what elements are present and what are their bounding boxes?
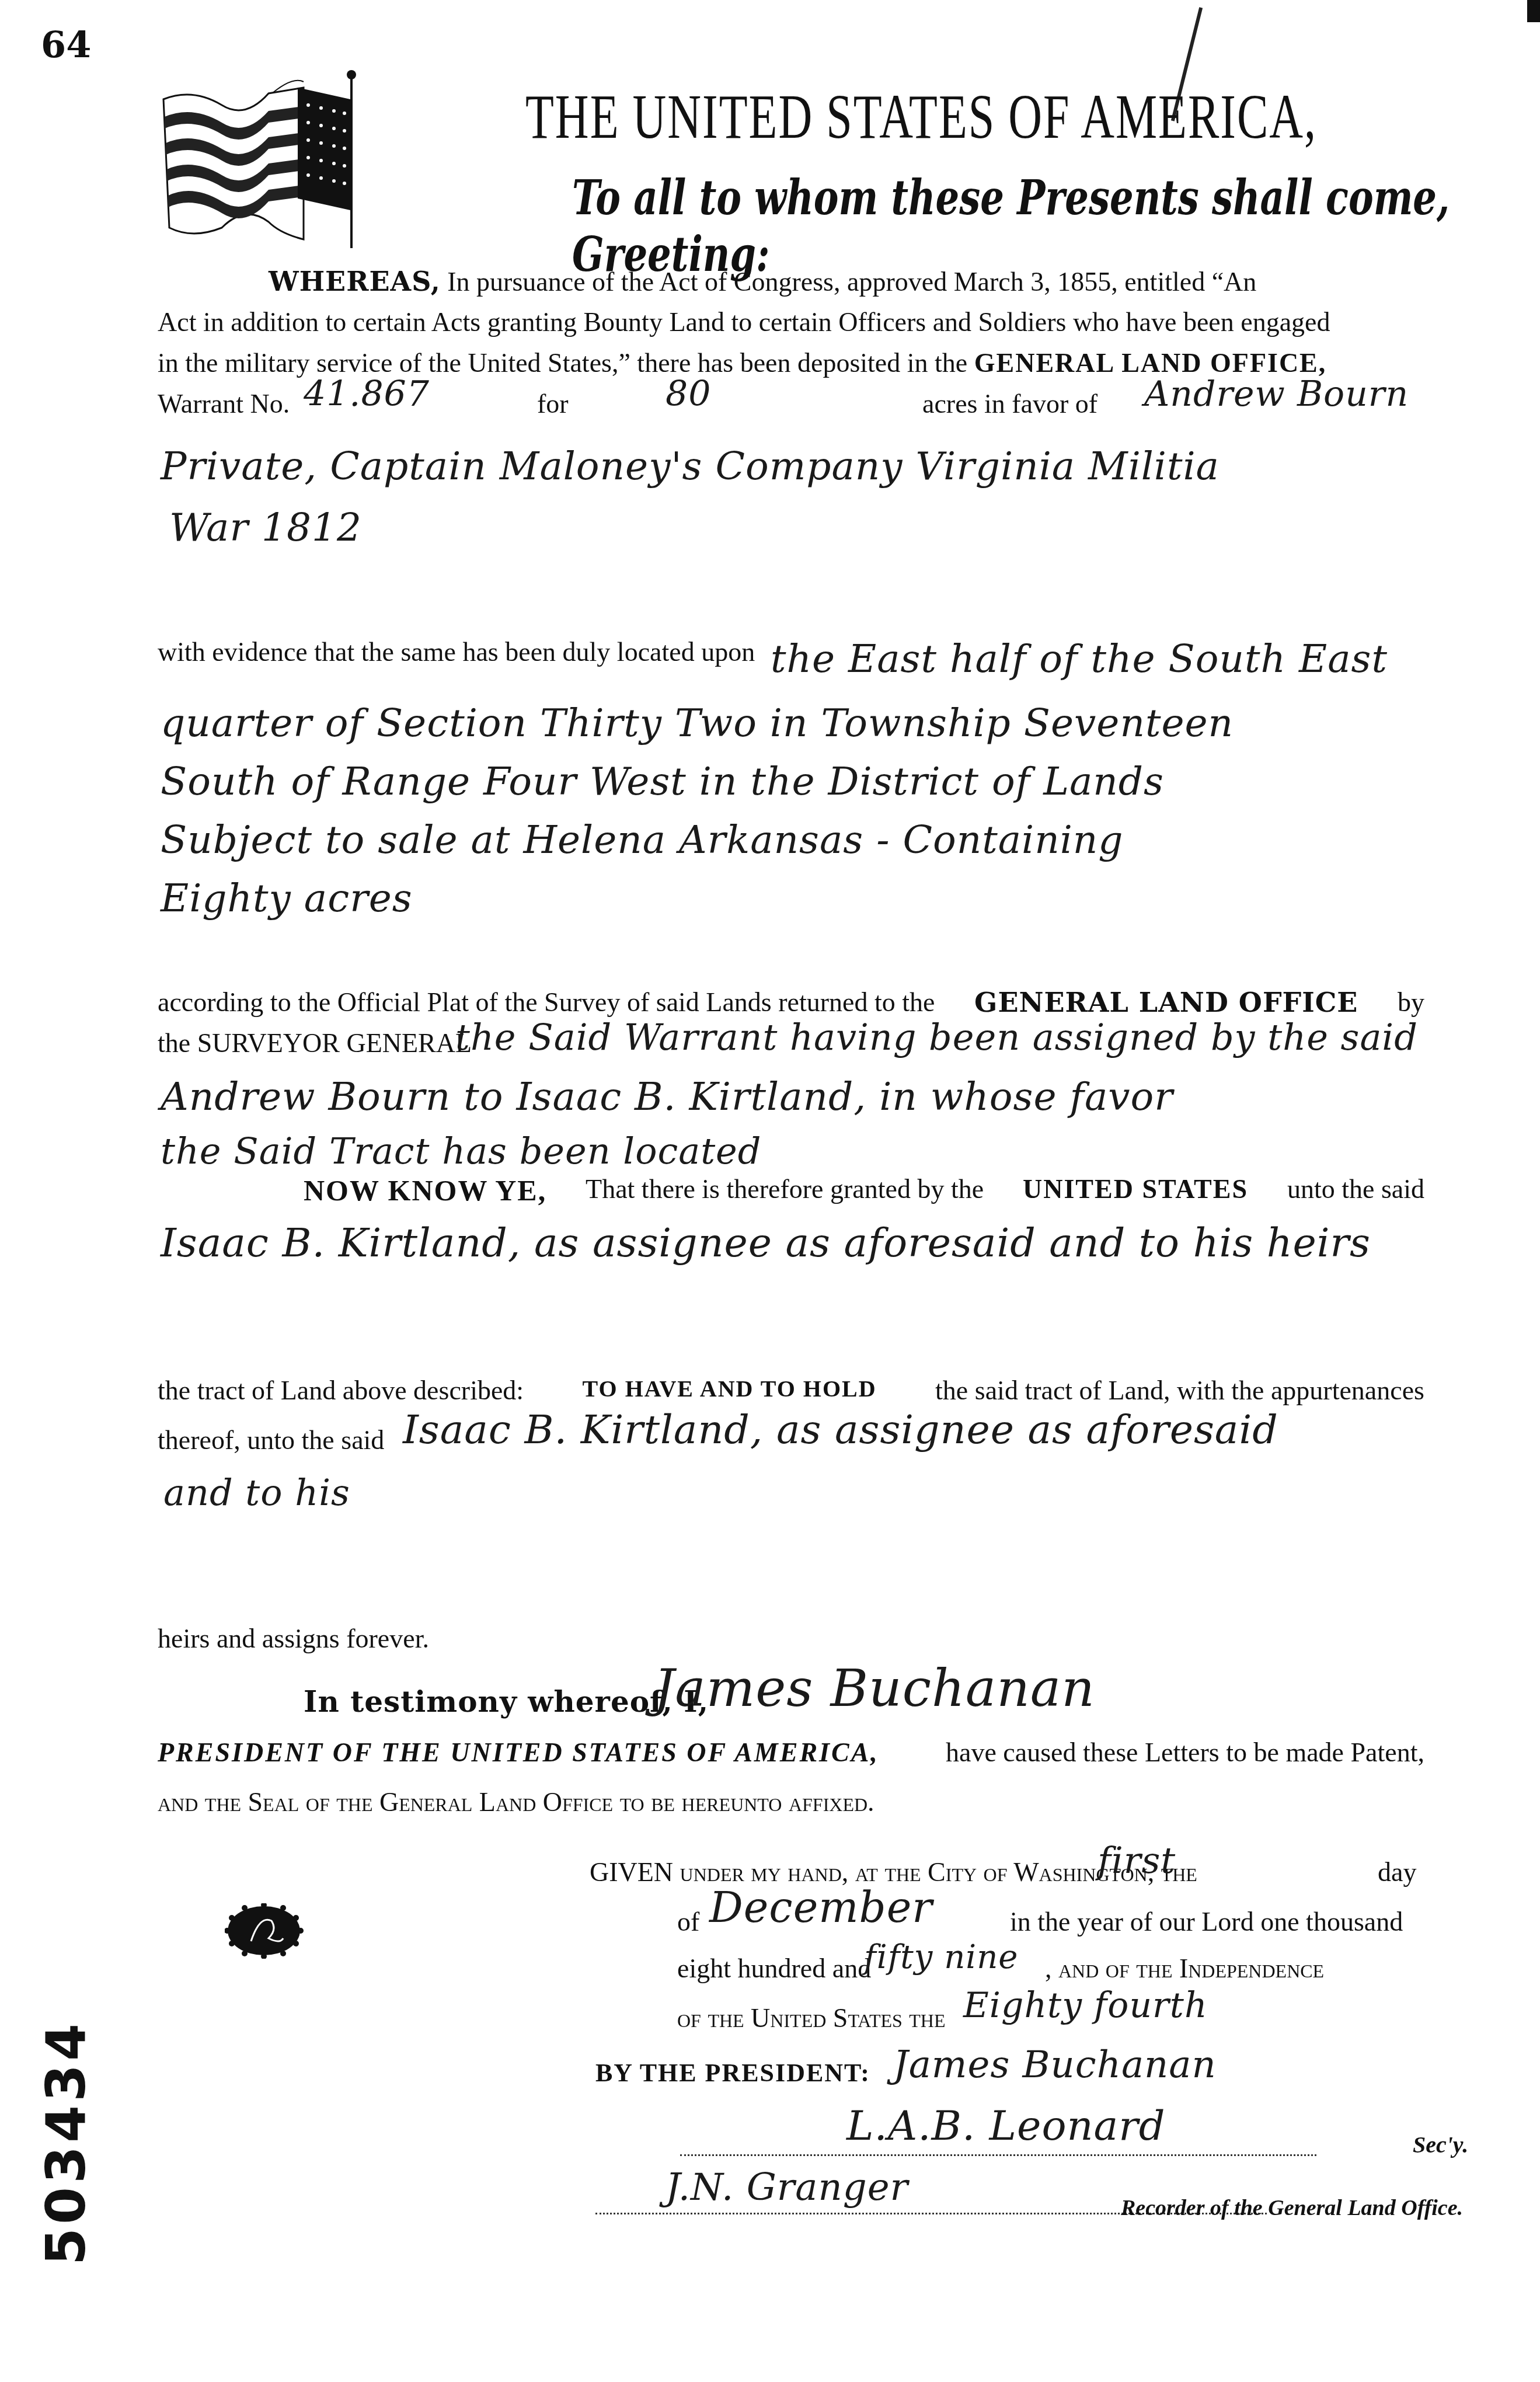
habendum-line-1: the tract of Land above described: TO HA…	[158, 1375, 1424, 1406]
favor-label: acres in favor of	[922, 388, 1097, 419]
whereas-text-3: in the military service of the United St…	[158, 348, 967, 378]
secretary-label: Sec'y.	[1413, 2131, 1468, 2158]
letters-patent-text: have caused these Letters to be made Pat…	[946, 1737, 1424, 1768]
grant-line-1: NOW KNOW YE, That there is therefore gra…	[304, 1173, 1424, 1207]
whereas-lead: WHEREAS,	[269, 266, 441, 297]
of-label: of	[677, 1906, 699, 1937]
whereas-line-1: WHEREAS, In pursuance of the Act of Cong…	[158, 266, 1424, 297]
assignment-line-3: the Said Tract has been located	[161, 1130, 761, 1172]
president-title: PRESIDENT OF THE UNITED STATES OF AMERIC…	[158, 1737, 879, 1768]
recorder-signature: J.N. Granger	[666, 2166, 908, 2209]
service-line-1: Private, Captain Maloney's Company Virgi…	[161, 444, 1220, 489]
location-line-1: the East half of the South East	[771, 636, 1388, 681]
given-day: first	[1097, 1839, 1176, 1882]
grant-text-1: That there is therefore granted by the	[586, 1173, 984, 1207]
general-land-office-label-2: GENERAL LAND OFFICE	[974, 987, 1358, 1018]
survey-by: by	[1398, 987, 1424, 1018]
to-have-and-to-hold: TO HAVE AND TO HOLD	[583, 1375, 877, 1406]
assignment-line-1: the Said Warrant having been assigned by…	[455, 1016, 1418, 1058]
habendum-heirs: and to his	[163, 1471, 350, 1514]
surveyor-general-label: the SURVEYOR GENERAL	[158, 1028, 472, 1058]
warrant-label: Warrant No.	[158, 388, 290, 419]
scan-edge-mark	[1527, 0, 1540, 22]
united-states-label: UNITED STATES	[1023, 1173, 1248, 1207]
now-know-ye-lead: NOW KNOW YE,	[304, 1173, 546, 1207]
stamp-number: 503434	[35, 2020, 97, 2265]
whereas-text-1: In pursuance of the Act of Congress, app…	[447, 267, 1256, 297]
habendum-text-1: the tract of Land above described:	[158, 1375, 524, 1406]
recorder-label: Recorder of the General Land Office.	[1121, 2195, 1463, 2221]
whereas-line-2: Act in addition to certain Acts granting…	[158, 307, 1330, 337]
given-year: fifty nine	[864, 1938, 1019, 1976]
given-line-4: of the United States the	[677, 2003, 946, 2033]
survey-text-1: according to the Official Plat of the Su…	[158, 987, 935, 1018]
document-title: THE UNITED STATES OF AMERICA,	[525, 82, 1317, 154]
survey-line-1: according to the Official Plat of the Su…	[158, 987, 1424, 1018]
president-signature: James Buchanan	[893, 2043, 1217, 2087]
given-line-3b: , and of the Independence	[1045, 1953, 1324, 1984]
location-line-2: quarter of Section Thirty Two in Townshi…	[161, 701, 1234, 746]
given-month: December	[709, 1883, 933, 1932]
for-label: for	[537, 388, 569, 419]
page-number: 64	[41, 23, 91, 66]
given-line-2: in the year of our Lord one thousand	[1010, 1906, 1403, 1937]
location-line-3: South of Range Four West in the District…	[161, 759, 1164, 804]
heirs-and-assigns: heirs and assigns forever.	[158, 1623, 429, 1654]
habendum-text-2: the said tract of Land, with the appurte…	[935, 1375, 1424, 1406]
independence-year: Eighty fourth	[963, 1985, 1208, 2026]
testimony-lead: In testimony whereof, I,	[304, 1684, 709, 1719]
by-the-president-label: BY THE PRESIDENT:	[595, 2058, 870, 2088]
habendum-label: thereof, unto the said	[158, 1425, 384, 1455]
given-line-3: eight hundred and	[677, 1953, 871, 1984]
seal-affixed-line: and the Seal of the General Land Office …	[158, 1786, 874, 1817]
warrant-number: 41.867	[304, 374, 430, 415]
original-grantee: Andrew Bourn	[1144, 374, 1409, 415]
habendum-grantee: Isaac B. Kirtland, as assignee as afores…	[403, 1407, 1278, 1453]
location-line-5: Eighty acres	[161, 876, 413, 921]
acres-value: 80	[666, 374, 711, 415]
secretary-signature: L.A.B. Leonard	[846, 2102, 1166, 2150]
location-line-4: Subject to sale at Helena Arkansas - Con…	[161, 817, 1124, 862]
service-line-2: War 1812	[169, 505, 362, 550]
location-label: with evidence that the same has been dul…	[158, 636, 755, 667]
day-label: day	[1378, 1857, 1416, 1888]
grant-text-2: unto the said	[1287, 1173, 1424, 1207]
testimony-line-1: PRESIDENT OF THE UNITED STATES OF AMERIC…	[158, 1737, 1424, 1768]
american-flag-icon	[158, 64, 403, 248]
assignment-line-2: Andrew Bourn to Isaac B. Kirtland, in wh…	[161, 1074, 1173, 1119]
president-signature-main: James Buchanan	[654, 1658, 1095, 1718]
grantee-line: Isaac B. Kirtland, as assignee as afores…	[161, 1220, 1371, 1266]
general-land-office-seal-icon	[225, 1903, 304, 1959]
